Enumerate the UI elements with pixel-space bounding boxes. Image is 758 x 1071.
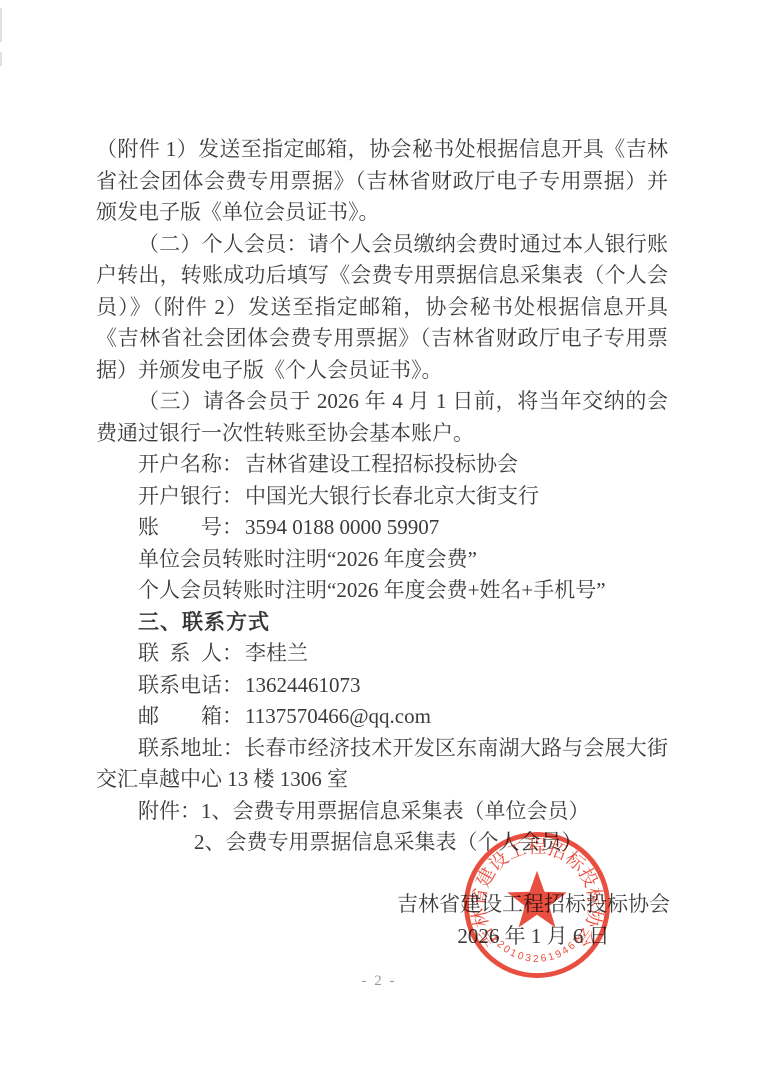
scan-edge-artifact: [0, 8, 2, 42]
paragraph-unit-member-continuation: （附件 1）发送至指定邮箱，协会秘书处根据信息开具《吉林省社会团体会费专用票据》…: [96, 134, 668, 229]
contact-address-row: 联系地址：长春市经济技术开发区东南湖大路与会展大街交汇卓越中心 13 楼 130…: [96, 733, 668, 796]
transfer-note-individual-member: 个人会员转账时注明“2026 年度会费+姓名+手机号”: [96, 575, 668, 607]
bank-account-name-row: 开户名称：吉林省建设工程招标投标协会: [96, 449, 668, 481]
bank-account-number-row: 账号：3594 0188 0000 59907: [96, 512, 668, 544]
contact-section-heading: 三、联系方式: [96, 607, 668, 639]
colon: ：: [222, 673, 243, 697]
contact-person-value: 李桂兰: [243, 641, 308, 665]
signature-block: 吉林省建设工程招标投标协会 2026 年 1 月 6 日: [397, 889, 670, 952]
attachment-item-2: 2、会费专用票据信息采集表（个人会员）: [194, 830, 583, 854]
colon: ：: [180, 799, 201, 823]
contact-person-label: 联系人: [138, 638, 222, 670]
contact-person-row: 联系人：李桂兰: [96, 638, 668, 670]
contact-phone-row: 联系电话：13624461073: [96, 670, 668, 702]
contact-email-row: 邮箱：1137570466@qq.com: [96, 701, 668, 733]
bank-name-value: 中国光大银行长春北京大街支行: [243, 484, 539, 508]
colon: ：: [223, 736, 244, 760]
signature-date: 2026 年 1 月 6 日: [397, 921, 670, 953]
document-body: （附件 1）发送至指定邮箱，协会秘书处根据信息开具《吉林省社会团体会费专用票据》…: [96, 134, 668, 859]
scan-edge-artifact: [0, 52, 2, 66]
colon: ：: [222, 641, 243, 665]
signature-org-name: 吉林省建设工程招标投标协会: [397, 889, 670, 921]
contact-address-label: 联系地址: [138, 736, 223, 760]
colon: ：: [222, 704, 243, 728]
bank-account-name-value: 吉林省建设工程招标投标协会: [243, 452, 518, 476]
colon: ：: [222, 452, 243, 476]
contact-phone-label: 联系电话: [138, 670, 222, 702]
transfer-note-unit-member: 单位会员转账时注明“2026 年度会费”: [96, 544, 668, 576]
attachments-row-2: 2、会费专用票据信息采集表（个人会员）: [96, 827, 668, 859]
paragraph-payment-deadline: （三）请各会员于 2026 年 4 月 1 日前，将当年交纳的会费通过银行一次性…: [96, 386, 668, 449]
page-number: - 2 -: [0, 973, 758, 990]
attachments-label: 附件: [138, 799, 180, 823]
contact-email-label: 邮箱: [138, 701, 222, 733]
bank-account-name-label: 开户名称: [138, 449, 222, 481]
bank-account-number-label: 账号: [138, 512, 222, 544]
bank-account-number-value: 3594 0188 0000 59907: [243, 515, 439, 539]
contact-email-value: 1137570466@qq.com: [243, 704, 431, 728]
bank-name-row: 开户银行：中国光大银行长春北京大街支行: [96, 481, 668, 513]
colon: ：: [222, 515, 243, 539]
bank-name-label: 开户银行: [138, 481, 222, 513]
contact-phone-value: 13624461073: [243, 673, 361, 697]
scanned-document-page: （附件 1）发送至指定邮箱，协会秘书处根据信息开具《吉林省社会团体会费专用票据》…: [0, 0, 758, 1071]
colon: ：: [222, 484, 243, 508]
attachment-item-1: 1、会费专用票据信息采集表（单位会员）: [201, 799, 590, 823]
paragraph-individual-member: （二）个人会员：请个人会员缴纳会费时通过本人银行账户转出，转账成功后填写《会费专…: [96, 229, 668, 387]
attachments-row-1: 附件：1、会费专用票据信息采集表（单位会员）: [96, 796, 668, 828]
